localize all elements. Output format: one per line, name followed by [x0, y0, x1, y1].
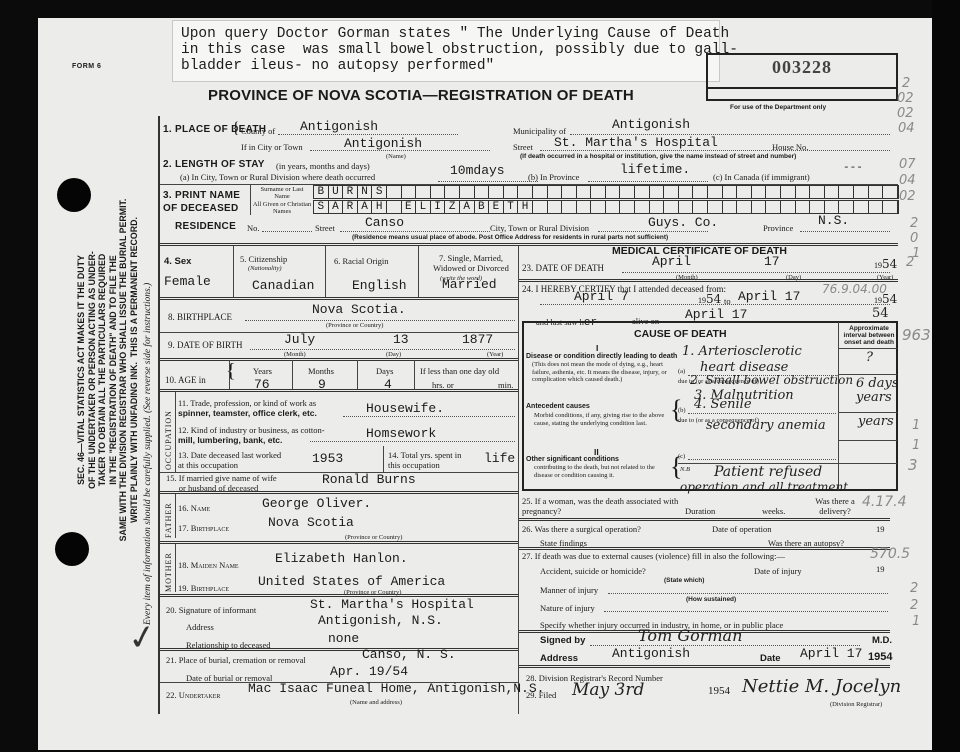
residence-note: (Residence means usual place of abode. P…: [352, 233, 668, 243]
q29-label: 29. Filed: [526, 690, 556, 700]
q11-label: 11. Trade, profession, or kind of work a…: [178, 398, 317, 418]
interval-2: 6 days: [856, 376, 899, 391]
nature-label: Nature of injury: [540, 603, 595, 613]
residence-province: N.S.: [818, 214, 849, 228]
cause-heading: CAUSE OF DEATH: [634, 329, 727, 339]
cause-line-4: 4. Senile: [694, 397, 752, 412]
margin-code: 1: [912, 614, 920, 629]
marital-label: 7. Single, Married, Widowed or Divorced: [424, 253, 518, 273]
marital-value: Married: [442, 278, 497, 292]
relationship-value: none: [328, 632, 359, 646]
residence-city: Guys. Co.: [648, 216, 718, 230]
informant-address-label: Address: [186, 622, 214, 632]
undertaker-value: Mac Isaac Funeal Home, Antigonish,N.S.: [248, 682, 544, 696]
residence-province-label: Province: [763, 223, 793, 233]
length-of-stay-sub: (in years, months and days): [276, 161, 370, 171]
side-statute-text: SEC. 46—VITAL STATISTICS ACT MAKES IT TH…: [76, 90, 139, 650]
state-which: (State which): [664, 576, 704, 586]
q14-label: 14. Total yrs. spent inthis occupation: [388, 450, 461, 470]
q15-label: 15. If married give name of wife or husb…: [166, 473, 277, 493]
residence-no-label: No.: [247, 223, 260, 233]
father-name-label: 16. Name: [178, 503, 210, 513]
stay-a-value: 10mdays: [450, 164, 505, 178]
undertaker-label: 22. Undertaker: [166, 690, 220, 700]
age-days-label: Days: [376, 366, 393, 376]
dob-year: 1877: [462, 333, 493, 347]
alive-on: April 17: [685, 308, 747, 322]
delivery-code: 4.17.4: [862, 494, 907, 510]
sig-address: Antigonish: [612, 647, 690, 661]
place-of-death-label: 1. PLACE OF DEATH: [163, 124, 229, 135]
registration-number-box: 003228: [706, 53, 898, 101]
municipality-value: Antigonish: [612, 118, 690, 132]
margin-code: 2: [910, 581, 918, 596]
accident-label: Accident, suicide or homicide?: [540, 566, 646, 576]
cause-b-label: (b): [678, 406, 686, 416]
burial-place: Canso, N. S.: [362, 648, 456, 662]
sig-date-label: Date: [760, 654, 781, 664]
margin-code: 1: [912, 418, 920, 433]
mother-birthplace: United States of America: [258, 575, 445, 589]
birthplace-value: Nova Scotia.: [312, 303, 406, 317]
cause-line-2: 2. Small bowel obstruction: [690, 373, 853, 387]
mother-birthplace-label: 19. Birthplace: [178, 583, 229, 593]
stay-b-label: (b) In Province: [528, 172, 579, 182]
racial-label: 6. Racial Origin: [334, 256, 389, 266]
residence-city-label: City, Town or Rural Division: [490, 223, 589, 233]
surname-label: Surname or Last Name: [252, 186, 312, 200]
registrar-sub: (Division Registrar): [830, 700, 882, 710]
antecedent-note: Morbid conditions, if any, giving rise t…: [534, 412, 672, 428]
to-label: to: [724, 296, 731, 306]
alive-year: 54: [872, 306, 889, 321]
city-sub: (Name): [386, 152, 406, 162]
interval-1: ?: [866, 350, 873, 365]
q13-value: 1953: [312, 452, 343, 466]
house-note: (If death occurred in a hospital or inst…: [520, 152, 796, 162]
margin-code: 07: [899, 157, 916, 172]
dob-day: 13: [393, 333, 409, 347]
form-label: FORM 6: [72, 63, 101, 70]
informant-sig: St. Martha's Hospital: [310, 598, 474, 612]
duration-label: Duration: [685, 506, 715, 516]
margin-code: 2: [910, 216, 918, 231]
other-line-2: operation and all treatment.: [680, 480, 852, 494]
q13-label: 13. Date deceased last workedat this occ…: [178, 450, 281, 470]
attended-to: April 17: [738, 290, 800, 304]
side-instruction-text: Every item of information should be care…: [143, 283, 153, 625]
registrar-signature: Nettie M. Jocelyn: [742, 676, 901, 697]
stay-c-label: (c) In Canada (if immigrant): [713, 172, 810, 182]
other-note: contributing to the death, but not relat…: [534, 464, 672, 480]
department-note: For use of the Department only: [730, 104, 826, 111]
stay-a-label: (a) In City, Town or Rural Division wher…: [180, 172, 375, 182]
city-label: If in City or Town: [241, 142, 303, 152]
cause-code: 963: [902, 326, 931, 344]
q12-value: Homsework: [366, 427, 436, 441]
sig-address-label: Address: [540, 654, 578, 664]
mother-side-label: MOTHER: [164, 552, 173, 592]
interval-3: years: [856, 390, 892, 405]
county-value: Antigonish: [300, 120, 378, 134]
mother-maiden: Elizabeth Hanlon.: [275, 552, 408, 566]
q25-label: 25. If a woman, was the death associated…: [522, 496, 687, 516]
q27-label: 27. If death was due to external causes …: [522, 551, 785, 561]
antecedent-label: Antecedent causes: [526, 402, 590, 412]
sig-year: 1954: [868, 652, 892, 662]
citizenship-value: Canadian: [252, 279, 314, 293]
birthplace-sub: (Province or Country): [326, 321, 383, 331]
death-month: April: [652, 255, 691, 269]
injury-year: 19: [876, 564, 885, 574]
registration-number: 003228: [708, 57, 896, 78]
margin-code: 04: [898, 121, 915, 136]
residence-street-label: Street: [315, 223, 335, 233]
margin-code: 04: [899, 173, 916, 188]
from-year: 1954: [698, 294, 721, 306]
age-months-label: Months: [308, 366, 334, 376]
operation-year: 19: [876, 524, 885, 534]
given-label: All Given or Christian Names: [252, 201, 312, 215]
city-value: Antigonish: [344, 137, 422, 151]
sex-label: 4. Sex: [164, 256, 191, 267]
dob-label: 9. DATE OF BIRTH: [168, 340, 242, 350]
occupation-side-label: OCCUPATION: [164, 410, 173, 470]
margin-code: 2: [906, 255, 914, 270]
father-birthplace: Nova Scotia: [268, 516, 354, 530]
burial-place-label: 21. Place of burial, cremation or remova…: [166, 655, 306, 665]
stay-b-value: lifetime.: [620, 163, 690, 177]
death-year: 1954: [874, 259, 897, 271]
margin-code: 2: [902, 76, 910, 91]
interval-4: years: [858, 414, 894, 429]
county-label: County of: [241, 126, 275, 136]
sig-date: April 17: [800, 647, 862, 661]
informant-sig-label: 20. Signature of informant: [166, 605, 256, 615]
page-title: PROVINCE OF NOVA SCOTIA—REGISTRATION OF …: [208, 87, 634, 104]
margin-code: 2: [910, 598, 918, 613]
cause-line-1: 1. Arteriosclerotic: [682, 344, 802, 359]
father-birthplace-label: 17. Birthplace: [178, 523, 229, 533]
house-label: House No.: [772, 142, 808, 152]
informant-address: Antigonish, N.S.: [318, 614, 443, 628]
medical-heading: MEDICAL CERTIFICATE OF DEATH: [612, 246, 787, 256]
q15-value: Ronald Burns: [322, 473, 416, 487]
mother-maiden-label: 18. Maiden Name: [178, 560, 239, 570]
q26-label: 26. Was there a surgical operation?: [522, 524, 641, 534]
citizenship-sub: (Nationality): [248, 264, 282, 274]
manner-label: Manner of injury: [540, 585, 598, 595]
q12-label: 12. Kind of industry or business, as cot…: [178, 425, 325, 445]
filed-date: May 3rd: [572, 680, 644, 700]
street-label: Street: [513, 142, 533, 152]
father-side-label: FATHER: [164, 502, 173, 538]
given-names-grid: SARAHELIZABETH: [313, 200, 899, 214]
age-less-label: If less than one day old: [420, 366, 499, 376]
father-name: George Oliver.: [262, 497, 371, 511]
external-code: 570.5: [870, 546, 910, 562]
stay-c-value: ---: [843, 161, 863, 175]
margin-code: 02: [899, 189, 916, 204]
death-day: 17: [764, 255, 780, 269]
signed-by-label: Signed by: [540, 636, 585, 646]
birthplace-label: 8. BIRTHPLACE: [168, 312, 232, 322]
attended-from: April 7: [574, 290, 629, 304]
margin-code: 02: [897, 106, 914, 121]
weeks-label: weeks.: [762, 506, 785, 516]
injury-date-label: Date of injury: [754, 566, 802, 576]
surname-grid: BURNS: [313, 185, 899, 199]
margin-code: 02: [897, 91, 914, 106]
margin-code: 1: [912, 438, 920, 453]
interval-label: Approximate interval between onset and d…: [841, 325, 897, 346]
street-value: St. Martha's Hospital: [554, 136, 718, 150]
citizenship-label: 5. Citizenship: [240, 254, 287, 264]
sex-value: Female: [164, 275, 211, 289]
how-sustained: (How sustained): [686, 595, 736, 605]
name-label: 3. PRINT NAME OF DECEASED: [163, 189, 253, 215]
q14-value: life: [484, 452, 515, 466]
margin-code: 3: [908, 456, 918, 474]
burial-date: Apr. 19/54: [330, 665, 408, 679]
cause-a-label: (a): [678, 367, 685, 377]
q11-value: Housewife.: [366, 402, 444, 416]
margin-code: 0: [910, 231, 918, 246]
scan-border: [932, 0, 960, 752]
residence-label: RESIDENCE: [175, 222, 236, 232]
age-label: 10. AGE in: [165, 375, 206, 385]
cause-line-4b: secondary anemia: [706, 418, 826, 433]
undertaker-sub: (Name and address): [350, 698, 402, 708]
filed-year: 1954: [708, 686, 730, 696]
delivery-label: Was there a delivery?: [810, 496, 860, 516]
other-line-1: Patient refused: [714, 464, 822, 480]
age-years-label: Years: [253, 366, 272, 376]
age-code: 76.9.04.00: [822, 282, 887, 296]
length-of-stay-label: 2. LENGTH OF STAY: [163, 160, 265, 170]
death-date-label: 23. DATE OF DEATH: [522, 263, 604, 273]
other-prefix: N.B: [680, 465, 690, 475]
dob-month: July: [284, 333, 315, 347]
racial-value: English: [352, 279, 407, 293]
signed-by-signature: Tom Gorman: [638, 626, 742, 645]
md-label: M.D.: [872, 636, 892, 646]
attached-note: Upon query Doctor Gorman states " The Un…: [172, 20, 720, 82]
residence-street: Canso: [365, 216, 404, 230]
direct-note: (This does not mean the mode of dying, e…: [532, 361, 677, 384]
operation-date-label: Date of operation: [712, 524, 771, 534]
